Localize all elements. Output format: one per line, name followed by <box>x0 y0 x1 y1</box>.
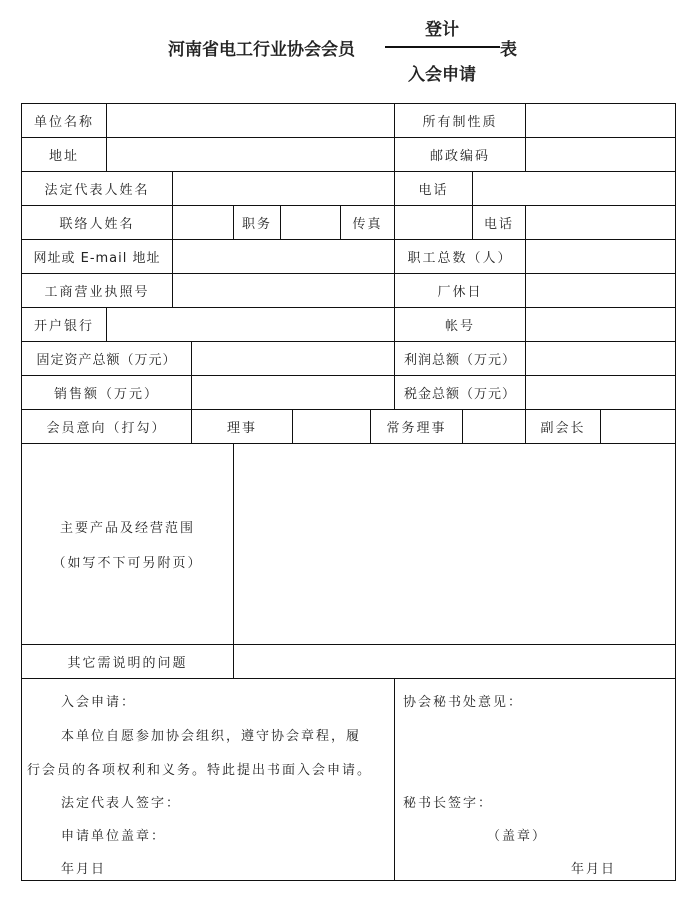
application-section: 入会申请： 本单位自愿参加协会组织，遵守协会章程，履 行会员的各项权利和义务。特… <box>21 678 395 881</box>
label-fax: 传真 <box>340 205 395 240</box>
title-suffix: 表 <box>500 35 517 60</box>
factory-holiday-field[interactable] <box>525 273 676 308</box>
other-issues-field[interactable] <box>233 644 676 679</box>
unit-name-field[interactable] <box>106 103 395 138</box>
label-membership-intent: 会员意向（打勾） <box>21 409 192 444</box>
standing-director-checkbox[interactable] <box>462 409 526 444</box>
legal-rep-field[interactable] <box>172 171 395 206</box>
bank-field[interactable] <box>106 307 395 342</box>
label-products: 主要产品及经营范围 （如写不下可另附页） <box>21 443 234 645</box>
label-legal-rep: 法定代表人姓名 <box>21 171 173 206</box>
secretariat-date-label: 年月日 <box>571 858 616 877</box>
application-body-line1: 本单位自愿参加协会组织，遵守协会章程，履 <box>61 725 361 744</box>
sales-field[interactable] <box>191 375 395 410</box>
title-option-apply: 入会申请 <box>408 60 476 85</box>
ownership-field[interactable] <box>525 103 676 138</box>
label-employees: 职工总数（人） <box>394 239 526 274</box>
label-other-issues: 其它需说明的问题 <box>21 644 234 679</box>
form-title: 河南省电工行业协会会员 登计 入会申请 表 <box>0 0 696 100</box>
label-vice-president: 副会长 <box>525 409 601 444</box>
position-field[interactable] <box>280 205 341 240</box>
employees-field[interactable] <box>525 239 676 274</box>
label-ownership: 所有制性质 <box>394 103 526 138</box>
label-account: 帐号 <box>394 307 526 342</box>
fax-field[interactable] <box>394 205 473 240</box>
title-prefix: 河南省电工行业协会会员 <box>168 35 355 60</box>
application-body-line2: 行会员的各项权利和义务。特此提出书面入会申请。 <box>27 759 372 778</box>
postal-code-field[interactable] <box>525 137 676 172</box>
applicant-seal-label: 申请单位盖章： <box>61 825 166 844</box>
label-website-email: 网址或 E-mail 地址 <box>21 239 173 274</box>
label-contact-phone: 电话 <box>472 205 526 240</box>
label-business-license: 工商营业执照号 <box>21 273 173 308</box>
website-email-field[interactable] <box>172 239 395 274</box>
label-position: 职务 <box>233 205 281 240</box>
account-field[interactable] <box>525 307 676 342</box>
business-license-field[interactable] <box>172 273 395 308</box>
label-postal-code: 邮政编码 <box>394 137 526 172</box>
director-checkbox[interactable] <box>292 409 371 444</box>
label-total-profit: 利润总额（万元） <box>394 341 526 376</box>
application-heading: 入会申请： <box>61 691 136 710</box>
label-fixed-assets: 固定资产总额（万元） <box>21 341 192 376</box>
secretariat-section: 协会秘书处意见： 秘书长签字： （盖章） 年月日 <box>394 678 676 881</box>
products-label-line2: （如写不下可另附页） <box>52 552 202 571</box>
contact-phone-field[interactable] <box>525 205 676 240</box>
title-divider <box>385 46 500 48</box>
total-profit-field[interactable] <box>525 341 676 376</box>
title-option-register: 登计 <box>425 15 459 40</box>
legal-rep-signature-label: 法定代表人签字： <box>61 792 181 811</box>
secretary-general-signature-label: 秘书长签字： <box>403 792 493 811</box>
label-director: 理事 <box>191 409 293 444</box>
label-contact-name: 联络人姓名 <box>21 205 173 240</box>
fixed-assets-field[interactable] <box>191 341 395 376</box>
secretariat-seal-label: （盖章） <box>487 825 547 844</box>
label-phone: 电话 <box>394 171 473 206</box>
products-label-line1: 主要产品及经营范围 <box>60 517 195 536</box>
label-sales: 销售额（万元） <box>21 375 192 410</box>
total-tax-field[interactable] <box>525 375 676 410</box>
label-total-tax: 税金总额（万元） <box>394 375 526 410</box>
address-field[interactable] <box>106 137 395 172</box>
label-unit-name: 单位名称 <box>21 103 107 138</box>
application-date-label: 年月日 <box>61 858 106 877</box>
contact-name-field[interactable] <box>172 205 234 240</box>
label-bank: 开户银行 <box>21 307 107 342</box>
secretariat-opinion-heading: 协会秘书处意见： <box>403 691 523 710</box>
vice-president-checkbox[interactable] <box>600 409 676 444</box>
phone-field[interactable] <box>472 171 676 206</box>
label-factory-holiday: 厂休日 <box>394 273 526 308</box>
label-standing-director: 常务理事 <box>370 409 463 444</box>
products-field[interactable] <box>233 443 676 645</box>
label-address: 地址 <box>21 137 107 172</box>
